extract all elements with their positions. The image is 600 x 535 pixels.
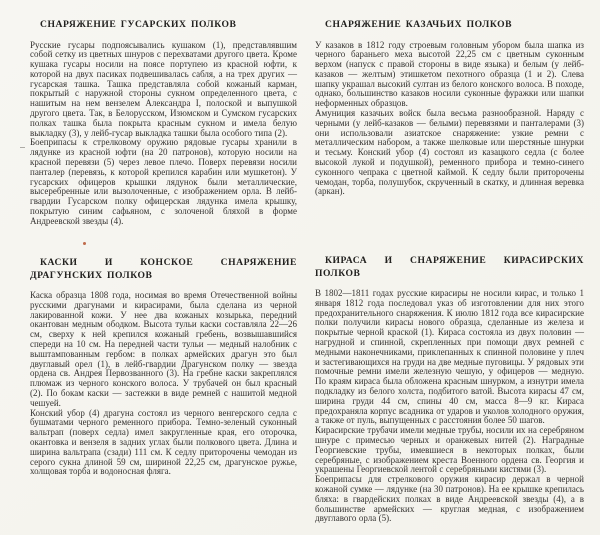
cuirassier-paragraph-3: Боеприпасы для стрелкового оружия кираси… (315, 475, 584, 524)
scan-dash-artifact (20, 147, 25, 148)
dragoon-section-heading: КАСКИ И КОНСКОЕ СНАРЯЖЕНИЕ ДРАГУНСКИХ ПО… (30, 257, 297, 282)
cuirassier-paragraph-2: Кирасирские трубачи имели медные трубы, … (315, 426, 584, 475)
hussar-paragraph-1: Русские гусары подпоясывались кушаком (1… (30, 41, 297, 139)
section-hussar-equipment: СНАРЯЖЕНИЕ ГУСАРСКИХ ПОЛКОВ Русские гуса… (30, 19, 297, 227)
section-dragoon-helmets: КАСКИ И КОНСКОЕ СНАРЯЖЕНИЕ ДРАГУНСКИХ ПО… (30, 257, 297, 477)
hussar-section-heading: СНАРЯЖЕНИЕ ГУСАРСКИХ ПОЛКОВ (30, 19, 297, 32)
document-page: СНАРЯЖЕНИЕ ГУСАРСКИХ ПОЛКОВ Русские гуса… (0, 0, 600, 535)
hussar-paragraph-2: Боеприпасы к стрелковому оружию рядовые … (30, 138, 297, 226)
section-cossack-equipment: СНАРЯЖЕНИЕ КАЗАЧЬИХ ПОЛКОВ У казаков в 1… (315, 19, 584, 197)
scan-speck-artifact (83, 242, 86, 245)
dragoon-paragraph-2: Конский убор (4) драгуна состоял из черн… (30, 409, 297, 478)
section-cuirassier-equipment: КИРАСА И СНАРЯЖЕНИЕ КИРАСИРСКИХ ПОЛКОВ В… (315, 255, 584, 524)
cuirassier-paragraph-1: В 1802—1811 годах русские кирасиры не но… (315, 289, 584, 426)
cossack-paragraph-1: У казаков в 1812 году строевым головным … (315, 41, 584, 110)
dragoon-paragraph-1: Каска образца 1808 года, носимая во врем… (30, 291, 297, 409)
cossack-paragraph-2: Амуниция казачьих войск была весьма разн… (315, 109, 584, 197)
cossack-section-heading: СНАРЯЖЕНИЕ КАЗАЧЬИХ ПОЛКОВ (315, 19, 584, 32)
cuirassier-section-heading: КИРАСА И СНАРЯЖЕНИЕ КИРАСИРСКИХ ПОЛКОВ (315, 255, 584, 280)
